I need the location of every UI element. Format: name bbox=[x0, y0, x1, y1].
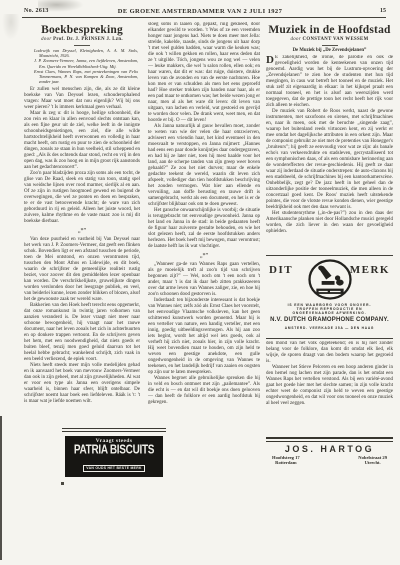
patria-slogan: VAN OUDS HET BESTE MERK bbox=[83, 465, 144, 472]
column-boekbespreking: Boekbespreking door Prof. Dr. J. PRINSEN… bbox=[24, 22, 140, 426]
scan-speck bbox=[61, 482, 64, 485]
hartog-name: JOS. HARTOG bbox=[266, 444, 393, 454]
scan-smudge bbox=[2, 14, 20, 40]
bibliography-entry: Lodewijk van Deyssel, Kleinigheden, A. A… bbox=[34, 48, 138, 58]
section-divider: „*” bbox=[148, 252, 260, 260]
body-paragraph: Niets heeft steeds meer mijn volle medel… bbox=[24, 363, 140, 405]
byline-prinsen: door Prof. Dr. J. PRINSEN J. Lzn. bbox=[24, 37, 140, 42]
page-number: 15 bbox=[380, 8, 386, 14]
byline-van-wessem: door CONSTANT VAN WESSEM bbox=[266, 37, 393, 42]
body-paragraph: Van deze puurheid en vastheid bij Van De… bbox=[24, 237, 140, 303]
merk-guarantee-text: IS EEN WAARBORG VOOR ONOVER- TROFFEN REP… bbox=[266, 303, 393, 316]
body-paragraph: Bakkerien van den Hoek heeft terecht een… bbox=[24, 303, 140, 363]
his-masters-voice-logo-icon bbox=[266, 259, 393, 305]
body-paragraph: Inderdaad: ten bijzonderste interessant … bbox=[148, 298, 260, 376]
body-paragraph: den mond van het volk opgeteekend; en is… bbox=[266, 341, 393, 365]
newspaper-page: No. 2613 DE GROENE AMSTERDAMMER VAN 2 JU… bbox=[0, 0, 400, 565]
body-paragraph: Maar ik zeg u: dit is hooge, heilige sch… bbox=[24, 111, 140, 171]
muziek-body-lower: den mond van het volk opgeteekend; en is… bbox=[266, 341, 393, 434]
drop-cap: D bbox=[266, 55, 274, 65]
body-paragraph: Wannes begroet alle gebruikelijke spreuk… bbox=[148, 376, 260, 406]
byline-rule bbox=[74, 45, 90, 46]
bibliography-entry: Ernst Claes, Wannes Raps, met penteekeni… bbox=[34, 69, 138, 85]
body-paragraph: Het gansche onwaarschijnlijke is voorbij… bbox=[148, 208, 260, 250]
column-muziek: Muziek in de Hoofdstad door CONSTANT VAN… bbox=[266, 22, 393, 468]
hartog-notes: Alle Encyclopaedieën. Nog enkele prima g… bbox=[266, 467, 393, 468]
body-paragraph: Wanneer het Stieve Pelceren en een hoop … bbox=[266, 365, 393, 407]
article-title-boekbespreking: Boekbespreking bbox=[24, 24, 140, 36]
scan-edge-artifact bbox=[0, 416, 2, 560]
section-divider: „*” bbox=[24, 227, 140, 235]
bibliography-entry: J. P. Zoomers-Vermeer, Janna, een liefde… bbox=[34, 58, 138, 68]
article-subhead: De Muziek bij „De Zevendsjelanen” bbox=[266, 48, 393, 53]
column-boekbespreking-continued: sloeg soms in laaien op, gepakt, ruig ge… bbox=[148, 22, 260, 466]
jos-hartog-ad: JOS. HARTOG Hoofdsteeg 17 Rotterdam Nobe… bbox=[266, 437, 393, 468]
bibliography-block: Lodewijk van Deyssel, Kleinigheden, A. A… bbox=[34, 48, 138, 84]
merk-address: AMSTERD. VEERKADE 35A — DEN HAAG bbox=[266, 326, 393, 330]
body-paragraph: Het studentenrythme („in-de-pas?”) zou i… bbox=[266, 211, 393, 235]
byline-rule bbox=[322, 45, 338, 46]
body-paragraph: Er zullen wel menschen zijn, die, als ze… bbox=[24, 87, 140, 111]
masthead: DE GROENE AMSTERDAMMER VAN 2 JULI 1927 bbox=[0, 8, 400, 15]
merk-company-name: N.V. DUTCH GRAMOPHONE COMPANY. bbox=[266, 317, 393, 323]
muziek-body-upper: DE zakelijkheid, de ironie, de parodie e… bbox=[266, 55, 393, 254]
body-paragraph: Zoo'n paar bladzijden proza zijn soms al… bbox=[24, 171, 140, 225]
body-paragraph: De muziek van Robert de Roos werkt, naas… bbox=[266, 109, 393, 211]
body-paragraph: „Wanneer ga-de van Wannes Raps gaan vert… bbox=[148, 262, 260, 298]
hartog-address-utrecht: Nobelstraat 29 Utrecht. bbox=[358, 455, 387, 466]
dutch-gramophone-ad: DIT MERK IS EEN WAARBORG VOOR ONOVER- TR… bbox=[266, 255, 393, 339]
article-title-muziek: Muziek in de Hoofdstad bbox=[266, 24, 393, 36]
header-rule bbox=[22, 17, 386, 18]
body-paragraph: sloeg soms in laaien op, gepakt, ruig ge… bbox=[148, 22, 260, 124]
ad-double-rule bbox=[266, 437, 393, 442]
body-paragraph: Als Janna natuurlijk al gauw bevallen mo… bbox=[148, 124, 260, 208]
body-paragraph: DE zakelijkheid, de ironie, de parodie e… bbox=[266, 55, 393, 109]
hartog-addresses: Hoofdsteeg 17 Rotterdam Nobelstraat 29 U… bbox=[266, 454, 393, 466]
hartog-address-rotterdam: Hoofdsteeg 17 Rotterdam bbox=[272, 455, 300, 466]
